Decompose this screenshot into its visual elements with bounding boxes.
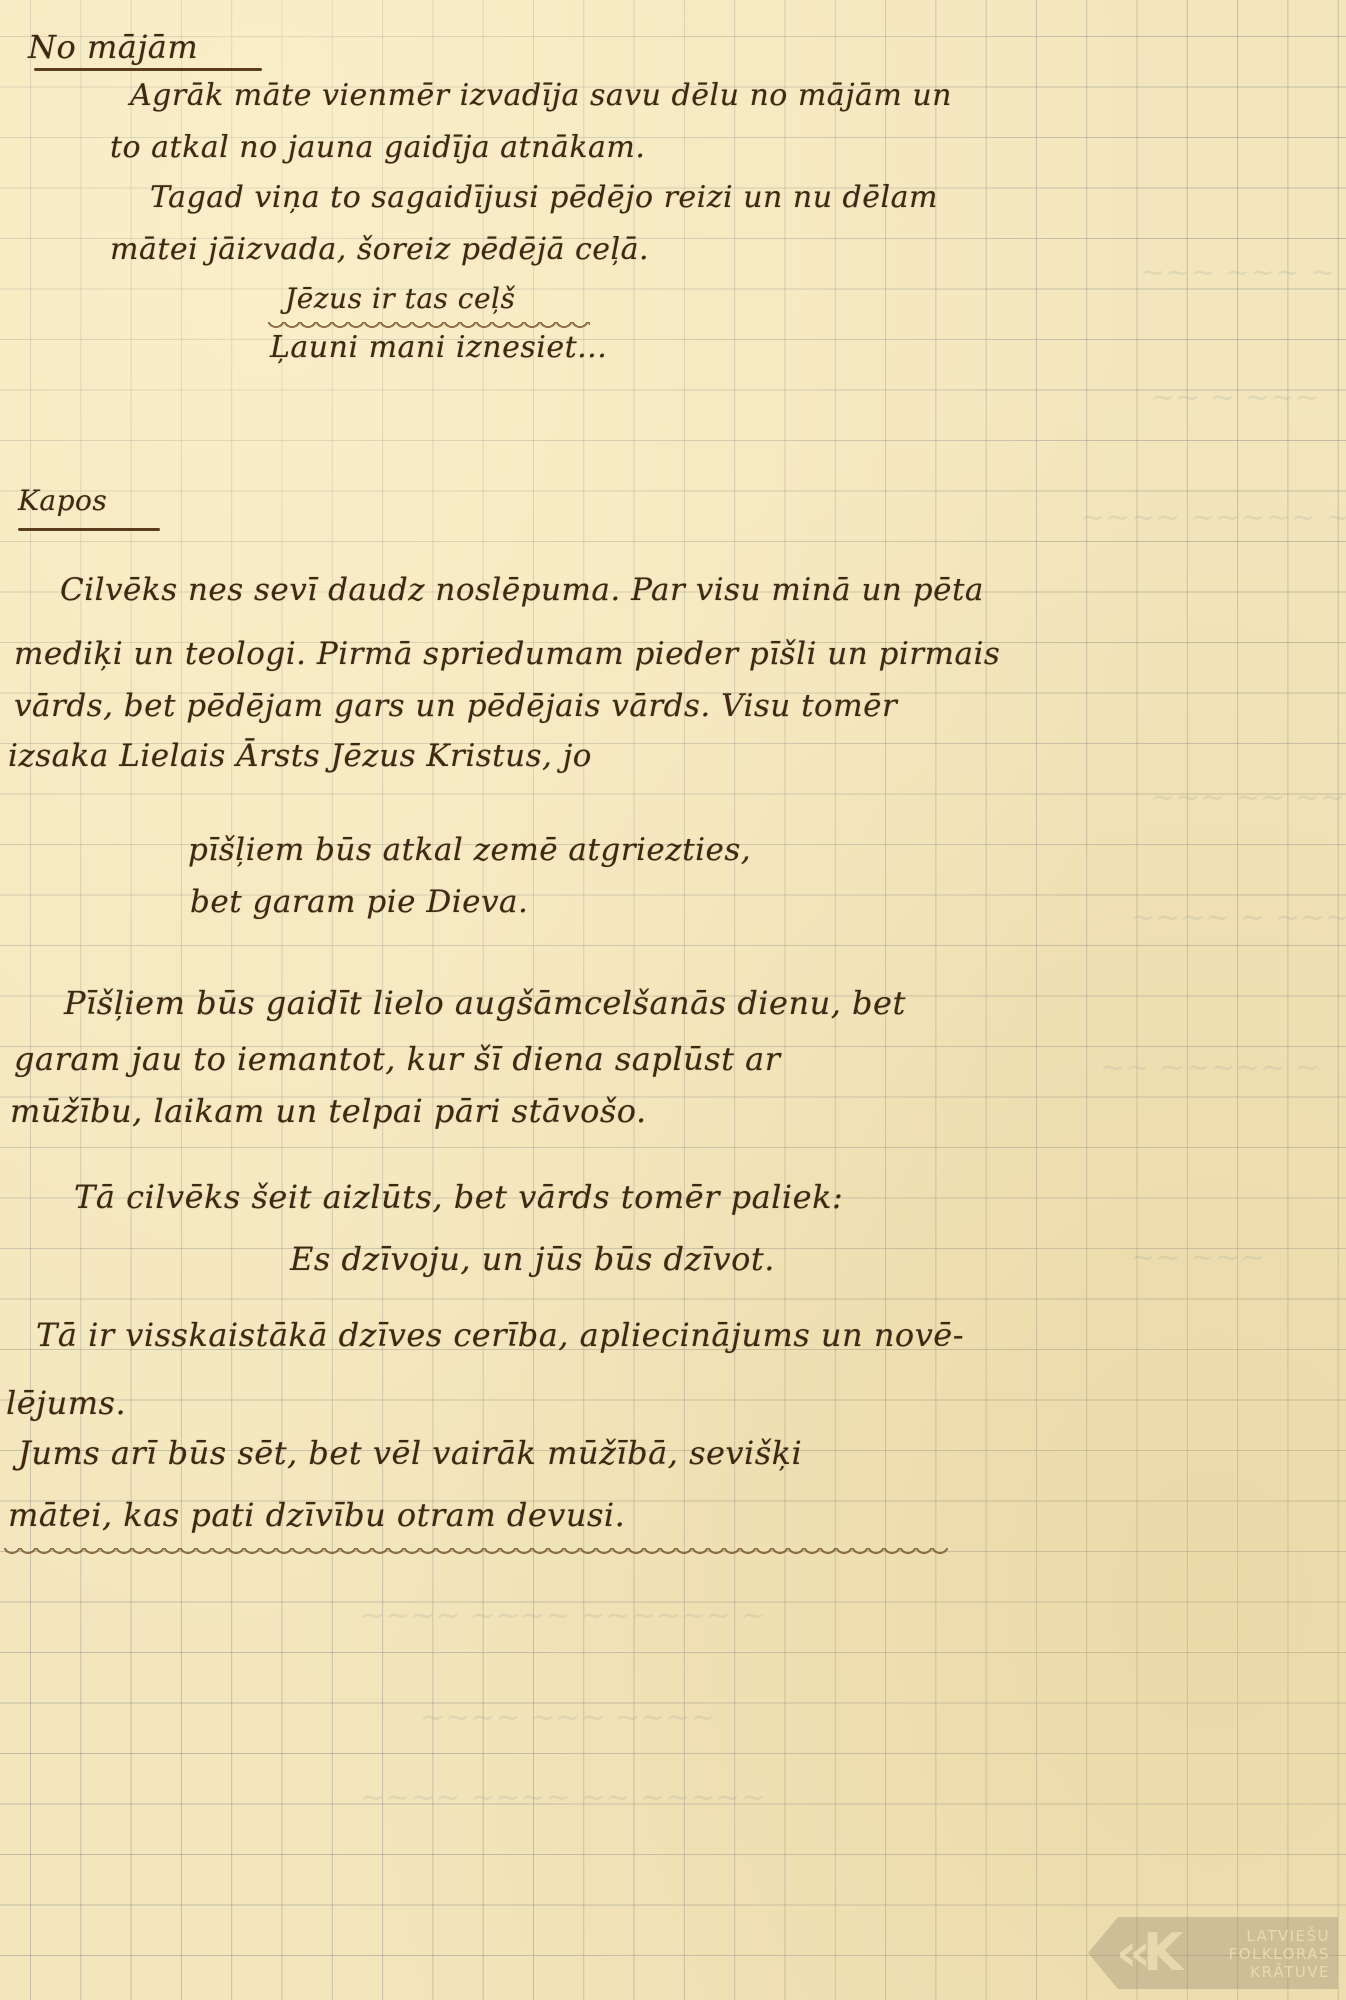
logo-line: LATVIEŠU xyxy=(1226,1927,1330,1945)
bleed-through-text: ~~ ~~~ xyxy=(1130,1240,1265,1275)
manuscript-page: ~~~ ~~~ ~ ~~ ~ ~~~ ~~~~ ~~~~~ ~~~~ ~~~ ~… xyxy=(0,0,1346,2000)
text-line: Jums arī būs sēt, bet vēl vairāk mūžībā,… xyxy=(18,1434,802,1472)
bleed-through-text: ~~~~ ~~~~~ ~~~~ xyxy=(1080,500,1346,535)
text-line: mediķi un teologi. Pirmā spriedumam pied… xyxy=(14,636,1000,672)
title-underline xyxy=(34,68,262,71)
bleed-through-text: ~~~~ ~~~~ ~~ ~~~~~ xyxy=(360,1780,766,1815)
section-title: No mājām xyxy=(28,28,198,66)
bleed-through-text: ~~~ ~~ ~~~~ xyxy=(1150,780,1346,815)
bleed-through-text: ~~~~ ~ ~~~ xyxy=(1130,900,1346,935)
text-line: Tā ir visskaistākā dzīves cerība, apliec… xyxy=(36,1316,964,1354)
section-end-wavy-line xyxy=(4,1548,948,1558)
verse-line: pīšļiem būs atkal zemē atgriezties, xyxy=(188,832,751,868)
text-line: Cilvēks nes sevī daudz noslēpuma. Par vi… xyxy=(60,572,984,608)
title-underline xyxy=(18,528,160,531)
text-line: Pīšļiem būs gaidīt lielo augšāmcelšanās … xyxy=(64,984,906,1022)
text-line: mūžību, laikam un telpai pāri stāvošo. xyxy=(10,1092,647,1130)
section-title: Kapos xyxy=(18,484,107,517)
archive-watermark-logo: ‹‹K LATVIEŠU FOLKLORAS KRĀTUVE xyxy=(1088,1917,1338,1989)
text-line: Tagad viņa to sagaidījusi pēdējo reizi u… xyxy=(150,180,938,215)
text-line: lējums. xyxy=(6,1384,126,1422)
bleed-through-text: ~~ ~~~~~ ~ xyxy=(1100,1050,1320,1085)
lfk-chevron-logo-icon: ‹‹K xyxy=(1116,1925,1175,1981)
bleed-through-text: ~~ ~ ~~~ xyxy=(1150,380,1320,415)
text-line: Agrāk māte vienmēr izvadīja savu dēlu no… xyxy=(130,78,952,113)
bleed-through-text: ~~~ ~~~ ~ xyxy=(1140,255,1335,290)
text-line: izsaka Lielais Ārsts Jēzus Kristus, jo xyxy=(8,738,592,774)
verse-line: bet garam pie Dieva. xyxy=(190,884,528,920)
text-line: garam jau to iemantot, kur šī diena sapl… xyxy=(14,1040,781,1078)
text-line: vārds, bet pēdējam gars un pēdējais vārd… xyxy=(14,688,897,724)
quote-line: Es dzīvoju, un jūs būs dzīvot. xyxy=(290,1240,775,1278)
text-line: mātei, kas pati dzīvību otram devusi. xyxy=(8,1496,625,1534)
logo-text: LATVIEŠU FOLKLORAS KRĀTUVE xyxy=(1226,1927,1330,1981)
subtitle: Jēzus ir tas ceļš xyxy=(285,282,515,315)
logo-line: FOLKLORAS xyxy=(1226,1945,1330,1963)
text-line: mātei jāizvada, šoreiz pēdējā ceļā. xyxy=(110,232,649,267)
bleed-through-text: ~~~~ ~~~ ~~~~ xyxy=(420,1700,716,1735)
text-line: Tā cilvēks šeit aizlūts, bet vārds tomēr… xyxy=(74,1178,843,1216)
logo-line: KRĀTUVE xyxy=(1226,1963,1330,1981)
bleed-through-text: ~~~~ ~~~~ ~~~~~~ ~ xyxy=(360,1598,766,1633)
quote-line: Ļauni mani iznesiet... xyxy=(270,330,607,365)
text-line: to atkal no jauna gaidīja atnākam. xyxy=(110,130,645,165)
